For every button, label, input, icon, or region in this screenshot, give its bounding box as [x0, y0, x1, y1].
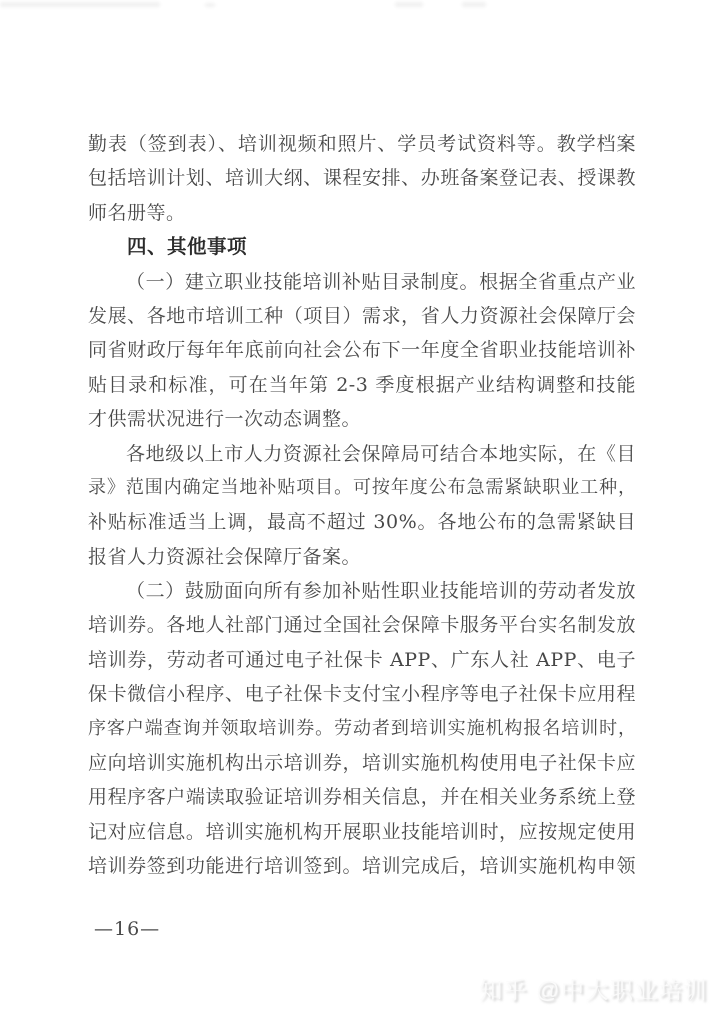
text-line: 培训券，劳动者可通过电子社保卡 APP、广东人社 APP、电子社	[88, 643, 636, 677]
page-number: —16—	[94, 918, 160, 940]
text-line: 用程序客户端读取验证培训券相关信息，并在相关业务系统上登	[88, 780, 636, 814]
text-line: 补贴标准适当上调，最高不超过 30%。各地公布的急需紧缺目录	[88, 505, 636, 539]
text-line: 同省财政厅每年年底前向社会公布下一年度全省职业技能培训补	[88, 333, 636, 367]
zhihu-watermark: 知乎 @中大职业培训	[479, 972, 708, 1005]
text-line: 包括培训计划、培训大纲、课程安排、办班备案登记表、授课教	[88, 161, 636, 195]
text-line: 应向培训实施机构出示培训券，培训实施机构使用电子社保卡应	[88, 746, 636, 780]
text-line: 保卡微信小程序、电子社保卡支付宝小程序等电子社保卡应用程	[88, 677, 636, 711]
text-line: 录》范围内确定当地补贴项目。可按年度公布急需紧缺职业工种，	[88, 471, 636, 505]
scan-artifact	[205, 3, 215, 7]
text-line: 才供需状况进行一次动态调整。	[88, 402, 636, 436]
scan-artifact	[0, 2, 160, 7]
scan-artifact	[395, 2, 423, 7]
scan-artifact	[462, 2, 486, 7]
text-line: 勤表（签到表）、培训视频和照片、学员考试资料等。教学档案	[88, 127, 636, 161]
section-heading-other-matters: 四、其他事项	[88, 230, 636, 264]
text-line: 培训券签到功能进行培训签到。培训完成后，培训实施机构申领	[88, 849, 636, 883]
text-line-paragraph-start: 各地级以上市人力资源社会保障局可结合本地实际，在《目	[88, 437, 636, 471]
text-line: 师名册等。	[88, 196, 636, 230]
text-line-paragraph-start: （一）建立职业技能培训补贴目录制度。根据全省重点产业	[88, 265, 636, 299]
text-line: 贴目录和标准，可在当年第 2-3 季度根据产业结构调整和技能人	[88, 368, 636, 402]
text-line: 记对应信息。培训实施机构开展职业技能培训时，应按规定使用	[88, 815, 636, 849]
document-body: 勤表（签到表）、培训视频和照片、学员考试资料等。教学档案 包括培训计划、培训大纲…	[88, 127, 636, 884]
scanned-document-page: 勤表（签到表）、培训视频和照片、学员考试资料等。教学档案 包括培训计划、培训大纲…	[0, 0, 720, 1017]
text-line: 发展、各地市培训工种（项目）需求，省人力资源社会保障厅会	[88, 299, 636, 333]
text-line: 序客户端查询并领取培训券。劳动者到培训实施机构报名培训时，	[88, 712, 636, 746]
text-line-paragraph-start: （二）鼓励面向所有参加补贴性职业技能培训的劳动者发放	[88, 574, 636, 608]
text-line: 培训券。各地人社部门通过全国社会保障卡服务平台实名制发放	[88, 608, 636, 642]
text-line: 报省人力资源社会保障厅备案。	[88, 540, 636, 574]
